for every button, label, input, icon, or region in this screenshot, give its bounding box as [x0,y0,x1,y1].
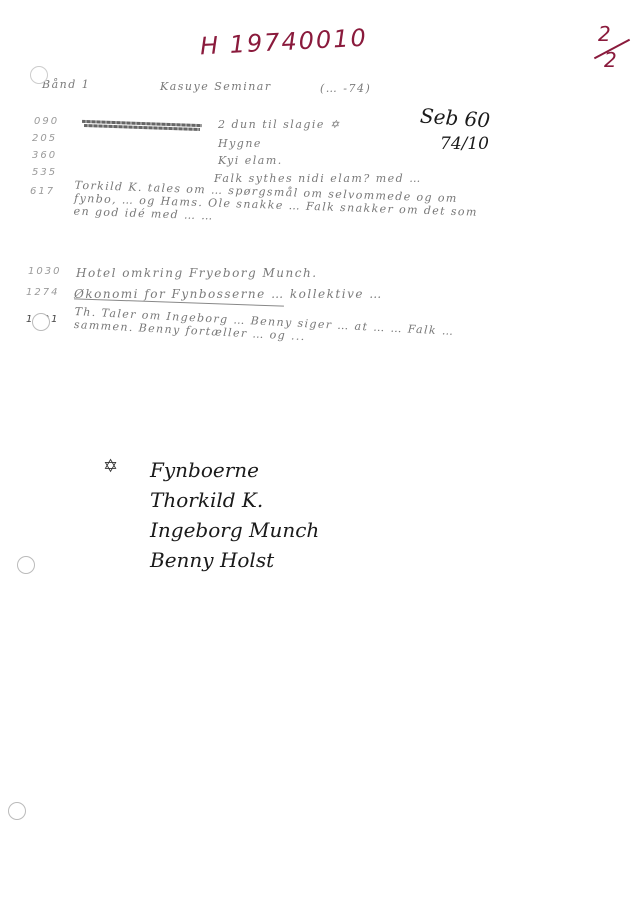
star-icon: ✡ [103,456,118,477]
punch-hole [30,66,48,84]
log-time: 360 [32,150,57,161]
punch-hole [32,313,50,331]
margin-note-line2: 74/10 [440,134,489,154]
log-entry: Økonomi for Fynbosserne … kollektive … [74,287,383,301]
log-entry: 2 dun til slagie ✡ [218,118,341,131]
log-time: 205 [32,133,57,144]
header-seminar: Kasuye Seminar [160,80,272,93]
page-number: 2 2 [592,22,622,74]
log-entry: Falk sythes nidi elam? med … [214,172,422,185]
document-id: H 19740010 [199,24,368,61]
page-current: 2 [598,22,611,46]
name-item: Fynboerne [150,458,259,482]
log-time: 617 [30,186,55,197]
log-entry: Hotel omkring Fryeborg Munch. [76,266,318,280]
log-time: 1274 [26,287,59,298]
punch-hole [17,556,35,574]
log-paragraph: Torkild K. tales om … spørgsmål om selvo… [73,179,494,233]
name-item: Benny Holst [150,548,274,572]
header-tape: Bånd 1 [42,78,90,91]
page-total: 2 [604,48,617,72]
log-paragraph: Th. Taler om Ingeborg … Benny siger … at… [74,305,495,353]
header-date: (… -74) [320,82,371,95]
log-time: 1030 [28,266,61,277]
name-item: Ingeborg Munch [150,518,319,542]
log-entry: Hygne [218,137,262,150]
margin-note-line1: Seb 60 [419,104,491,133]
name-item: Thorkild K. [150,488,263,512]
log-time: 535 [32,167,57,178]
log-entry: Kyi elam. [218,154,283,167]
log-time: 090 [34,116,59,127]
punch-hole [8,802,26,820]
